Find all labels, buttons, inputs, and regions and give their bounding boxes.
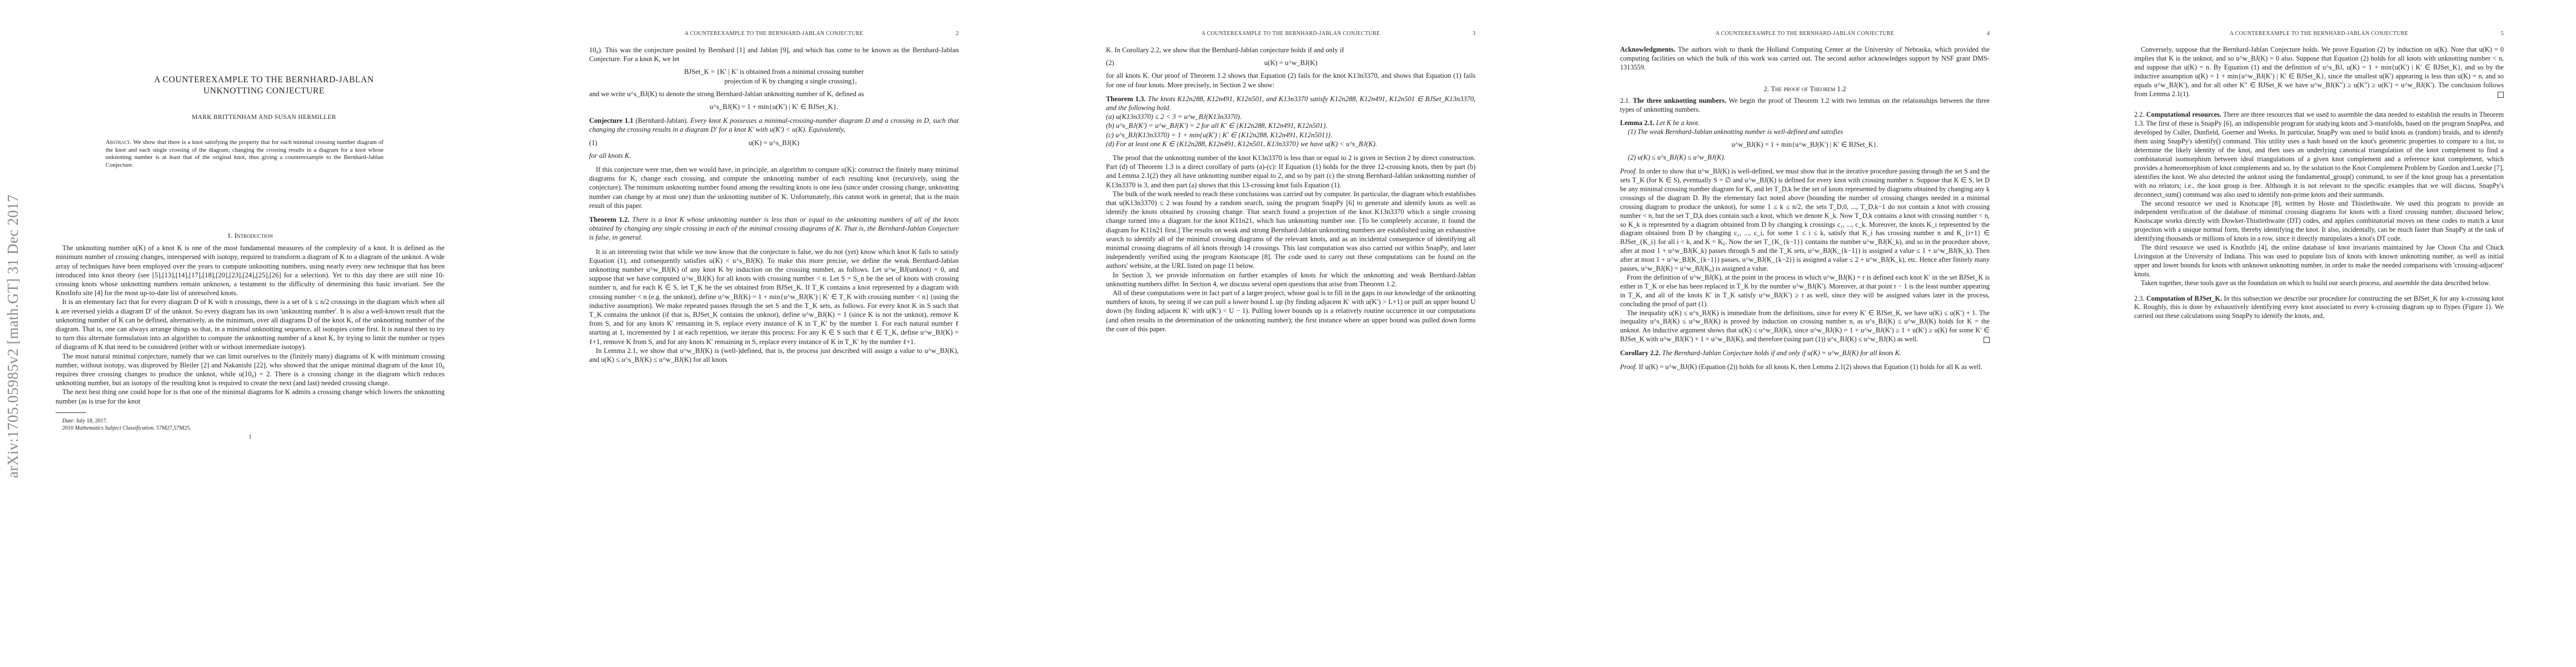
abstract-label: Abstract.: [106, 139, 132, 146]
footnote-date: Date: July 18, 2017.: [56, 417, 445, 425]
acknowledgments: Acknowledgments. The authors wish to tha…: [1620, 46, 1990, 72]
theorem-item-c: (c) u^s_BJ(K13n3370) = 1 + min{u(K′) | K…: [1106, 131, 1476, 140]
paragraph: It is an interesting twist that while we…: [589, 247, 959, 346]
theorem-item-b: (b) u^s_BJ(K′) = u^w_BJ(K′) = 2 for all …: [1106, 121, 1476, 130]
page-number: 5: [2501, 31, 2504, 37]
page-5-body: Conversely, suppose that the Bernhard-Ja…: [2134, 46, 2504, 321]
subsection-2-2: 2.2. Computational resources. There are …: [2134, 111, 2504, 199]
paragraph: In Lemma 2.1, we show that u^w_BJ(K) is …: [589, 346, 959, 364]
title-line-1: A COUNTEREXAMPLE TO THE BERNHARD-JABLAN: [72, 74, 456, 86]
theorem-item-a: (a) u(K13n3370) ≤ 2 < 3 = u^w_BJ(K13n337…: [1106, 112, 1476, 121]
paragraph: 10₈). This was the conjecture posited by…: [589, 46, 959, 63]
page-1-body: 1. Introduction The unknotting number u(…: [56, 223, 445, 442]
running-header: A COUNTEREXAMPLE TO THE BERNHARD-JABLAN …: [1106, 31, 1476, 37]
subsection-2-3: 2.3. Computation of BJSet_K. In this sub…: [2134, 295, 2504, 321]
theorem-1-2: Theorem 1.2. There is a knot K whose unk…: [589, 215, 959, 242]
paragraph: for all knots K. Our proof of Theorem 1.…: [1106, 71, 1476, 89]
paragraph: The bulk of the work needed to reach the…: [1106, 190, 1476, 271]
footnote-rule: [56, 412, 86, 413]
page-number: 4: [1987, 31, 1990, 37]
footnotes: Date: July 18, 2017. 2010 Mathematics Su…: [56, 417, 445, 432]
paragraph: Conversely, suppose that the Bernhard-Ja…: [2134, 46, 2504, 98]
paragraph: The proof that the unknotting number of …: [1106, 153, 1476, 190]
proof-corollary-2-2: Proof. If u(K) = u^w_BJ(K) (Equation (2)…: [1620, 363, 1990, 372]
equation-2: (2)u(K) = u^w_BJ(K): [1106, 58, 1476, 67]
paragraph: and we write u^s_BJ(K) to denote the str…: [589, 89, 959, 98]
strong-definition: u^s_BJ(K) = 1 + min{u(K′) | K′ ∈ BJSet_K…: [589, 102, 959, 111]
page-5: A COUNTEREXAMPLE TO THE BERNHARD-JABLAN …: [2134, 0, 2504, 667]
theorem-item-d: (d) For at least one K ∈ {K12n288, K12n4…: [1106, 140, 1476, 148]
abstract-text: We show that there is a knot satisfying …: [106, 139, 383, 168]
running-header: A COUNTEREXAMPLE TO THE BERNHARD-JABLAN …: [1620, 31, 1990, 37]
footnote-msc: 2010 Mathematics Subject Classification.…: [56, 425, 445, 432]
page-1: A COUNTEREXAMPLE TO THE BERNHARD-JABLAN …: [0, 0, 517, 667]
paragraph: From the definition of u^w_BJ(K), at the…: [1620, 273, 1990, 309]
paragraph: Taken together, these tools gave us the …: [2134, 279, 2504, 288]
qed-icon: [2498, 92, 2504, 98]
paragraph: All of these computations were in fact p…: [1106, 288, 1476, 333]
paragraph: The second resource we used is Knotscape…: [2134, 200, 2504, 244]
abstract: Abstract. We show that there is a knot s…: [106, 139, 383, 169]
paragraph: The next best thing one could hope for i…: [56, 387, 445, 405]
paragraph: It is an elementary fact that for every …: [56, 297, 445, 351]
paragraph: In Section 3, we provide information on …: [1106, 271, 1476, 288]
page-number: 2: [956, 31, 959, 37]
paragraph: The inequality u(K) ≤ u^s_BJ(K) is immed…: [1620, 309, 1990, 345]
page-number: 3: [1473, 31, 1476, 37]
proof-lemma-2-1: Proof. In order to show that u^w_BJ(K) i…: [1620, 167, 1990, 273]
paragraph: K. In Corollary 2.2, we show that the Be…: [1106, 46, 1476, 54]
paper-title: A COUNTEREXAMPLE TO THE BERNHARD-JABLAN …: [72, 74, 456, 97]
page-4-body: Acknowledgments. The authors wish to tha…: [1620, 46, 1990, 372]
section-title-proof: 2. The proof of Theorem 1.2: [1620, 84, 1990, 93]
section-title-introduction: 1. Introduction: [56, 231, 445, 240]
page-2-body: 10₈). This was the conjecture posited by…: [589, 46, 959, 364]
subsection-2-1: 2.1. The three unknotting numbers. We be…: [1620, 97, 1990, 115]
paragraph: If this conjecture were true, then we wo…: [589, 165, 959, 210]
page-4: A COUNTEREXAMPLE TO THE BERNHARD-JABLAN …: [1620, 0, 1990, 667]
paragraph: The unknotting number u(K) of a knot K i…: [56, 243, 445, 297]
bjset-definition: BJSet_K = {K′ | K′ is obtained from a mi…: [589, 67, 959, 85]
corollary-2-2: Corollary 2.2. The Bernhard-Jablan Conje…: [1620, 349, 1990, 358]
qed-icon: [1984, 337, 1990, 343]
running-header: A COUNTEREXAMPLE TO THE BERNHARD-JABLAN …: [2134, 31, 2504, 37]
paragraph: The third resource we used is KnotInfo […: [2134, 243, 2504, 279]
conjecture-1-1: Conjecture 1.1 (Bernhard-Jablan). Every …: [589, 116, 959, 160]
page-2: A COUNTEREXAMPLE TO THE BERNHARD-JABLAN …: [589, 0, 959, 667]
lemma-2-1: Lemma 2.1. Let K be a knot. (1) The weak…: [1620, 119, 1990, 162]
equation-1: (1)u(K) = u^s_BJ(K): [589, 138, 959, 147]
running-header: A COUNTEREXAMPLE TO THE BERNHARD-JABLAN …: [589, 31, 959, 37]
page-3: A COUNTEREXAMPLE TO THE BERNHARD-JABLAN …: [1106, 0, 1476, 667]
paragraph: The most natural minimal conjecture, nam…: [56, 352, 445, 388]
page-number: 1: [56, 433, 445, 442]
title-line-2: UNKNOTTING CONJECTURE: [72, 86, 456, 97]
page-3-body: K. In Corollary 2.2, we show that the Be…: [1106, 46, 1476, 333]
theorem-1-3: Theorem 1.3. The knots K12n288, K12n491,…: [1106, 94, 1476, 148]
authors: MARK BRITTENHAM AND SUSAN HERMILLER: [72, 114, 456, 121]
